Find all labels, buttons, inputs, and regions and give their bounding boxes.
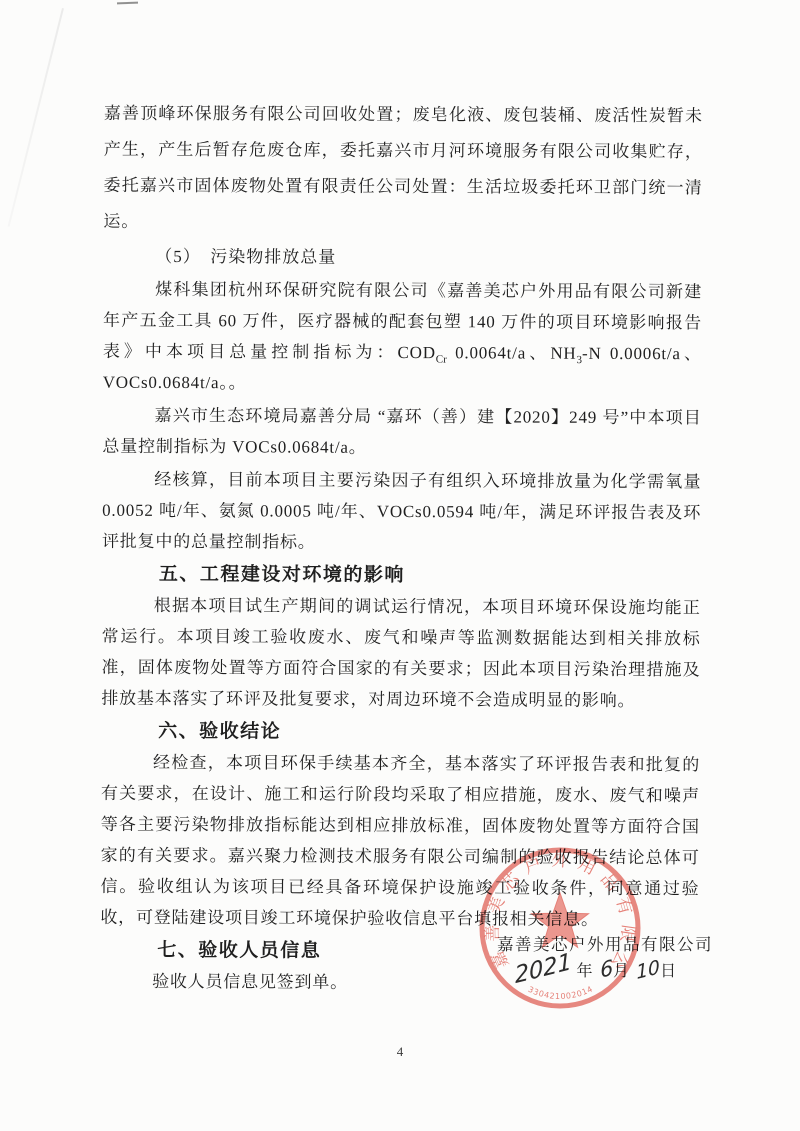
paragraph-approval-quota: 嘉兴市生态环境局嘉善分局 “嘉环（善）建【2020】249 号”中本项目总量控制…: [102, 400, 701, 465]
heading-section-6: 六、验收结论: [101, 717, 700, 750]
company-seal-stamp: 嘉善美芯户外用品有限公司 3304210020141: [470, 838, 650, 1018]
scan-artifact-streak: [8, 8, 64, 227]
page-number: 4: [0, 1044, 800, 1060]
subheading-pollutant-total: （5） 污染物排放总量: [103, 242, 702, 275]
paragraph-environment-impact: 根据本项目试生产期间的调试运行情况，本项目环境环保设施均能正常运行。本项目竣工验…: [101, 590, 701, 717]
text-run: 0.0064t/a、NH: [447, 343, 577, 363]
paragraph-hazardous-waste: 嘉善顶峰环保服务有限公司回收处置；废皂化液、废包装桶、废活性炭暂未产生，产生后暂…: [103, 96, 703, 243]
day-label: 日: [660, 963, 677, 980]
paragraph-total-quota: 煤科集团杭州环保研究院有限公司《嘉善美芯户外用品有限公司新建年产五金工具 60 …: [103, 274, 703, 401]
subscript-cr: Cr: [436, 354, 447, 366]
scan-artifact-line: [117, 2, 138, 5]
seal-star-icon: [532, 893, 589, 947]
scanned-document-page: 嘉善顶峰环保服务有限公司回收处置；废皂化液、废包装桶、废活性炭暂未产生，产生后暂…: [0, 0, 800, 1131]
heading-section-5: 五、工程建设对环境的影响: [102, 560, 701, 593]
paragraph-accounting: 经核算，目前本项目主要污染因子有组织入环境排放量为化学需氧量 0.0052 吨/…: [102, 464, 701, 560]
